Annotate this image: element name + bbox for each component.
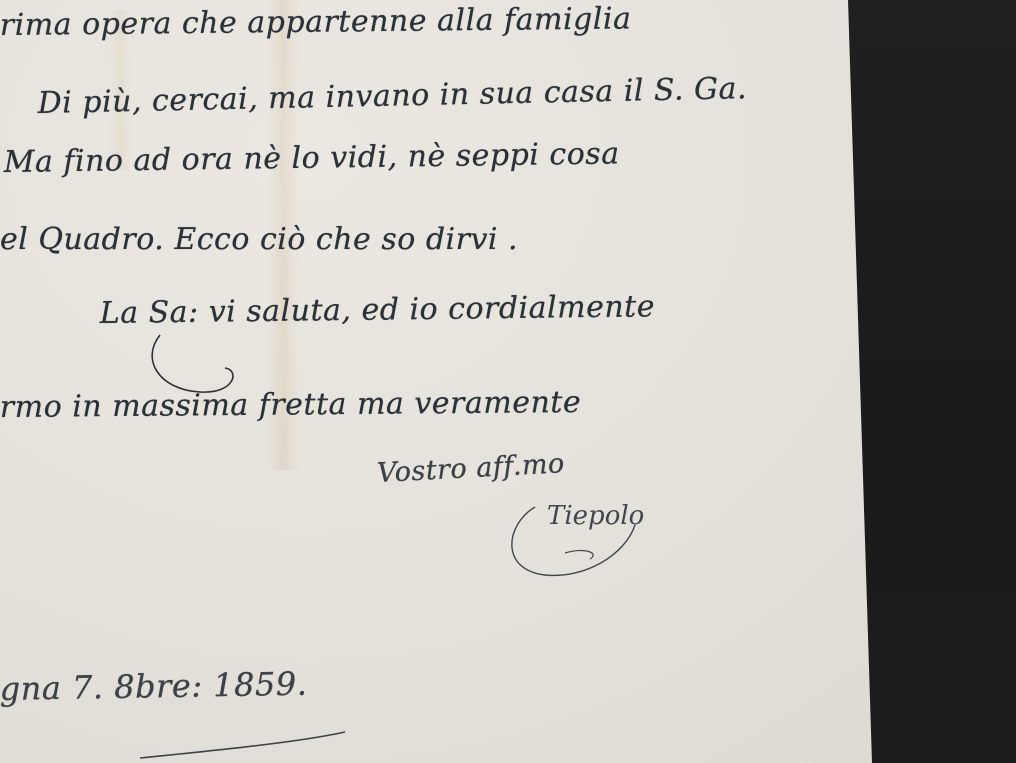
signature: Tiepolo xyxy=(505,495,655,585)
closing-salutation: Vostro aff.mo xyxy=(376,448,565,489)
letter-line-4: el Quadro. Ecco ciò che so dirvi . xyxy=(0,222,518,257)
signature-name: Tiepolo xyxy=(547,501,644,531)
letter-line-3: Ma fino ad ora nè lo vidi, nè seppi cosa xyxy=(4,136,620,180)
letter-line-2: Di più, cercai, ma invano in sua casa il… xyxy=(37,71,747,121)
date-line: gna 7. 8bre: 1859. xyxy=(0,665,308,708)
letter-line-1: rima opera che appartenne alla famiglia xyxy=(0,1,632,43)
letter-line-5: La Sa: vi saluta, ed io cordialmente xyxy=(100,289,656,331)
letter-line-6: rmo in massima fretta ma veramente xyxy=(0,385,581,425)
date-underline xyxy=(100,720,360,760)
